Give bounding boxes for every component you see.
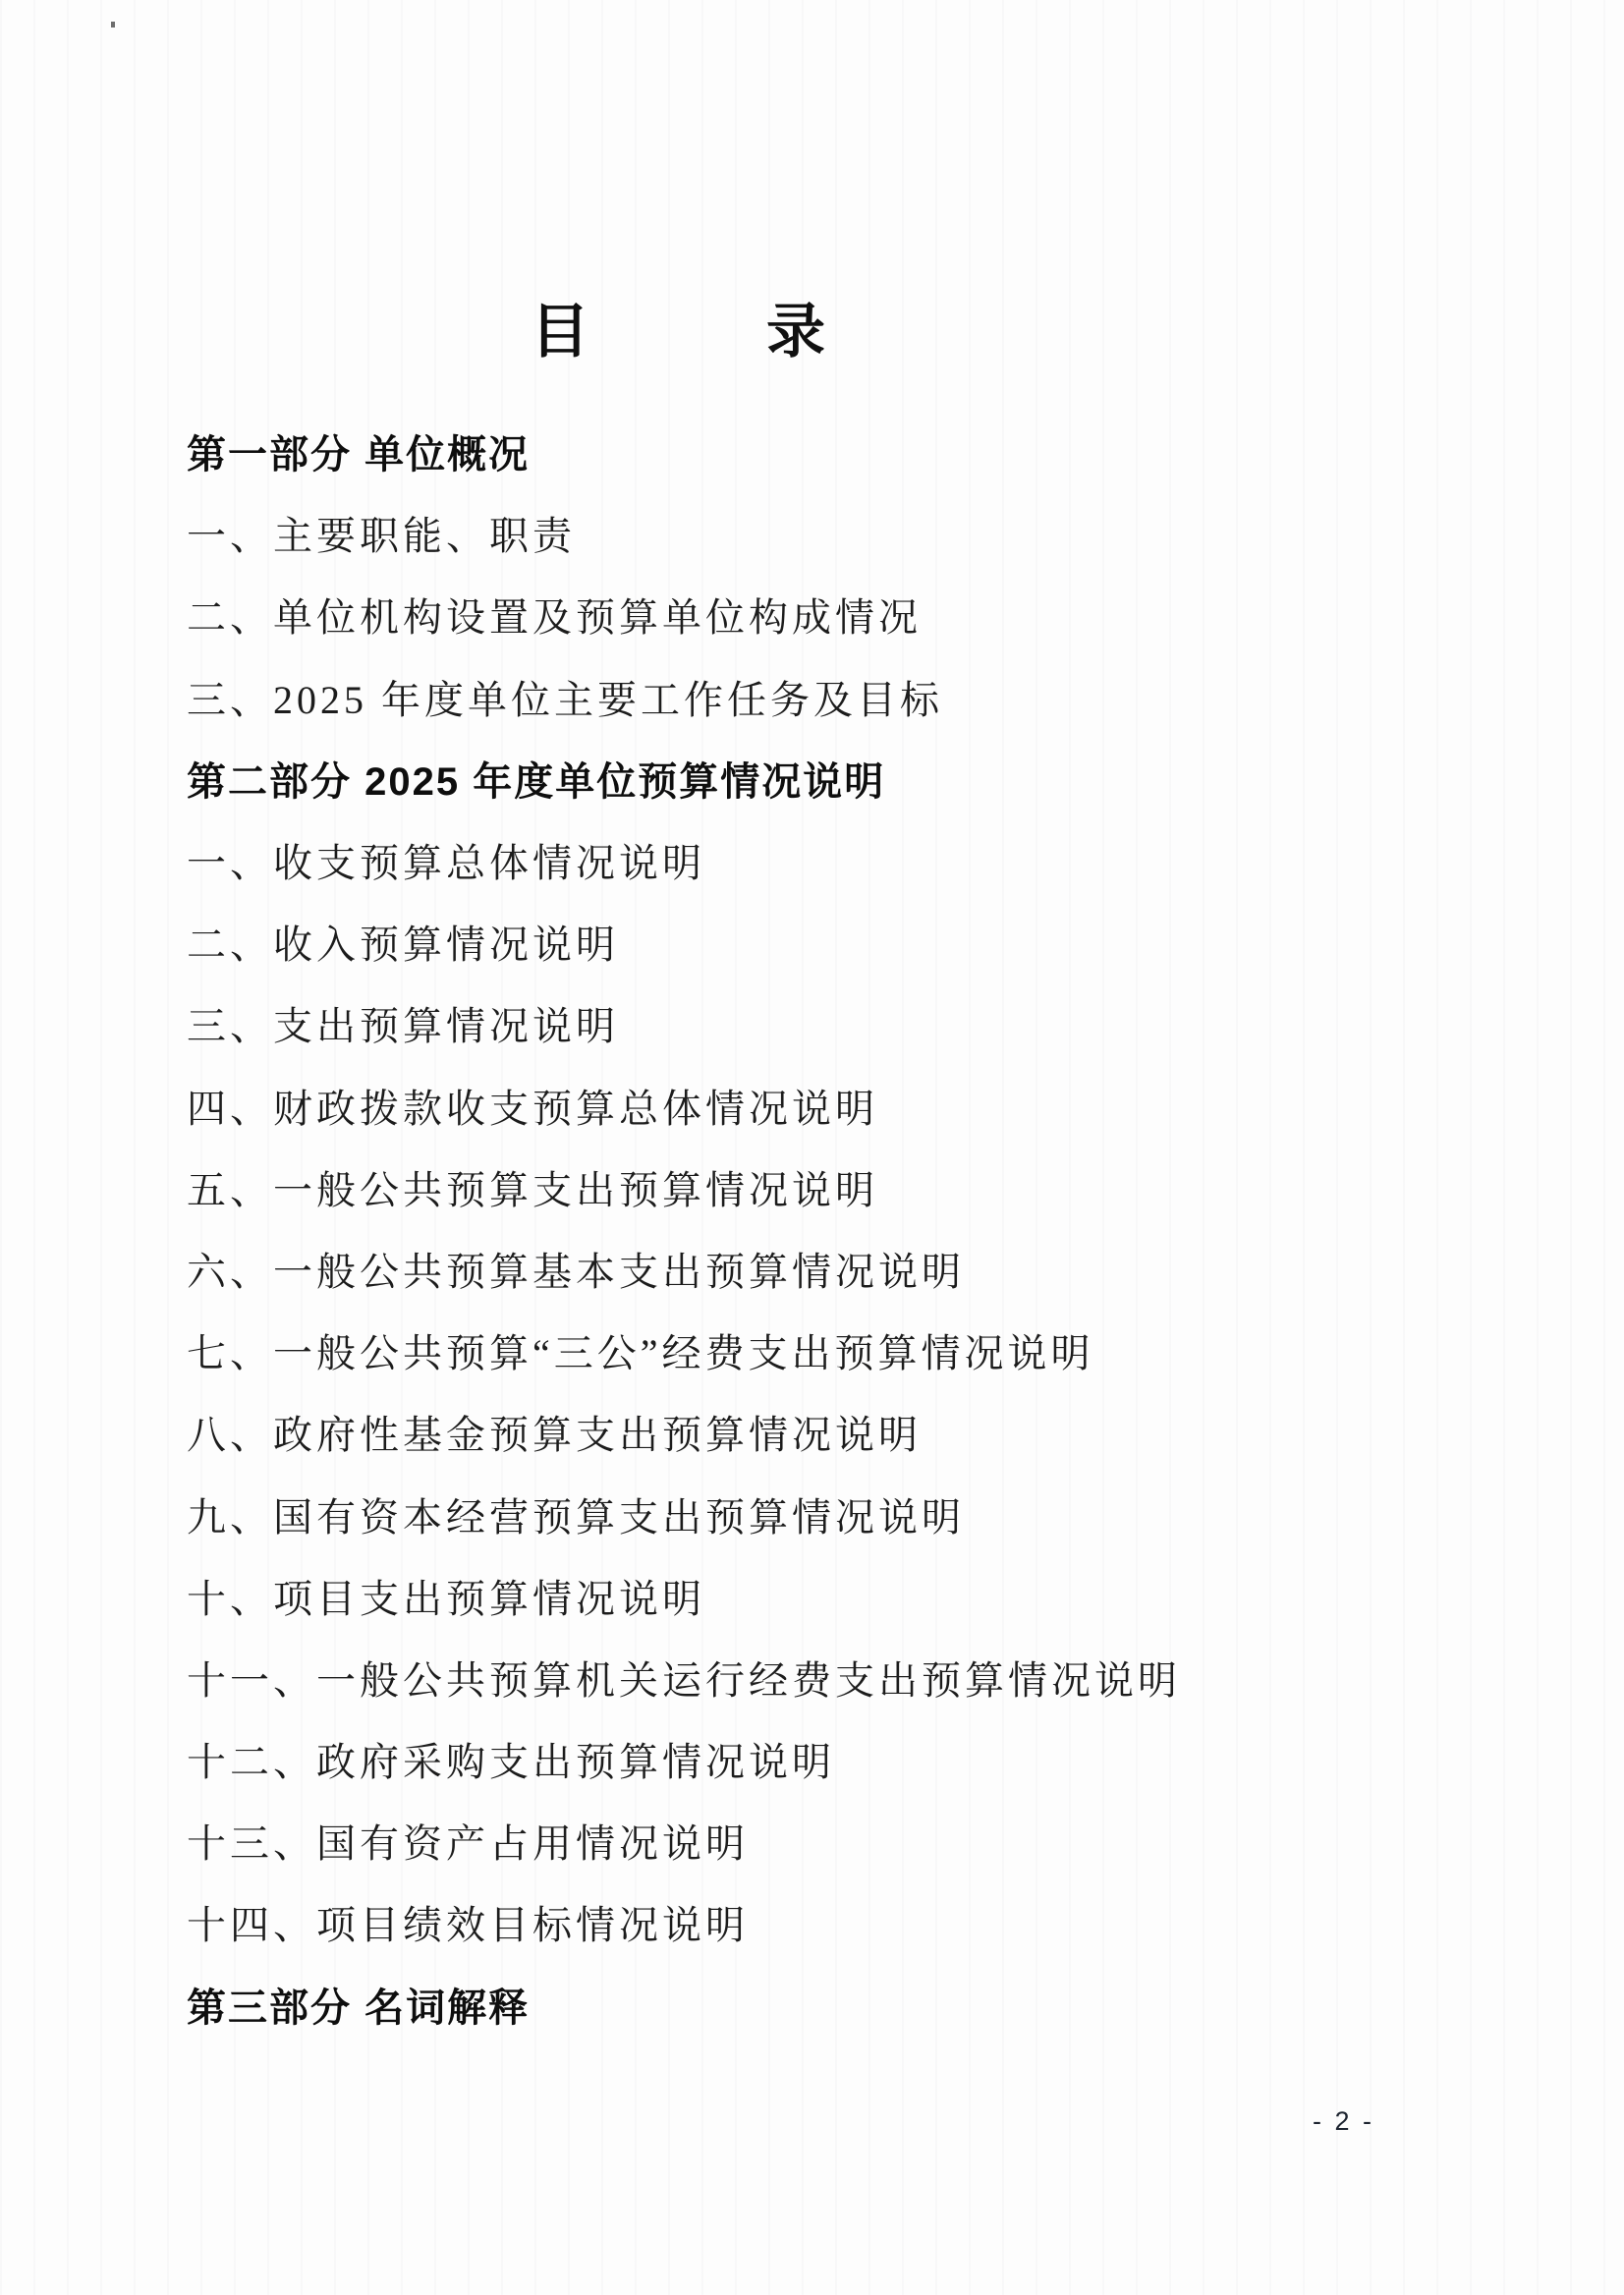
toc-row: 二、单位机构设置及预算单位构成情况 — [187, 574, 1545, 655]
toc-section-heading: 第一部分 单位概况 — [187, 423, 530, 479]
toc-row: 七、一般公共预算“三公”经费支出预算情况说明 — [187, 1310, 1545, 1391]
toc-row: 第二部分 2025 年度单位预算情况说明 — [187, 738, 1545, 819]
toc-item: 十、项目支出预算情况说明 — [187, 1568, 705, 1624]
toc-item: 十一、一般公共预算机关运行经费支出预算情况说明 — [187, 1650, 1181, 1706]
toc-row: 八、政府性基金预算支出预算情况说明 — [187, 1391, 1545, 1473]
toc-row: 五、一般公共预算支出预算情况说明 — [187, 1147, 1545, 1228]
toc-item: 十二、政府采购支出预算情况说明 — [187, 1731, 835, 1787]
toc-row: 十三、国有资产占用情况说明 — [187, 1800, 1545, 1881]
toc-row: 一、收支预算总体情况说明 — [187, 819, 1545, 901]
toc-item: 十三、国有资产占用情况说明 — [187, 1813, 749, 1869]
toc-item: 一、主要职能、职责 — [187, 505, 576, 561]
toc-item: 四、财政拨款收支预算总体情况说明 — [187, 1078, 878, 1134]
toc-item: 三、2025 年度单位主要工作任务及目标 — [187, 669, 943, 725]
toc-list: 第一部分 单位概况一、主要职能、职责二、单位机构设置及预算单位构成情况三、202… — [187, 411, 1545, 2045]
toc-row: 一、主要职能、职责 — [187, 492, 1545, 574]
toc-section-heading: 第三部分 名词解释 — [187, 1977, 530, 2033]
document-page: 目 录 第一部分 单位概况一、主要职能、职责二、单位机构设置及预算单位构成情况三… — [0, 0, 1624, 2295]
page-title: 目 录 — [0, 291, 1356, 373]
toc-row: 二、收入预算情况说明 — [187, 901, 1545, 982]
toc-row: 三、2025 年度单位主要工作任务及目标 — [187, 656, 1545, 738]
toc-row: 十一、一般公共预算机关运行经费支出预算情况说明 — [187, 1637, 1545, 1718]
toc-section-heading: 第二部分 2025 年度单位预算情况说明 — [187, 751, 885, 807]
toc-item: 九、国有资本经营预算支出预算情况说明 — [187, 1486, 965, 1542]
toc-item: 三、支出预算情况说明 — [187, 995, 619, 1051]
page-number: - 2 - — [1313, 2106, 1374, 2137]
toc-row: 九、国有资本经营预算支出预算情况说明 — [187, 1473, 1545, 1554]
toc-item: 八、政府性基金预算支出预算情况说明 — [187, 1404, 922, 1460]
toc-item: 二、收入预算情况说明 — [187, 914, 619, 970]
scan-artifact-speck — [111, 22, 115, 28]
toc-item: 一、收支预算总体情况说明 — [187, 832, 705, 888]
toc-row: 十二、政府采购支出预算情况说明 — [187, 1718, 1545, 1800]
toc-row: 十四、项目绩效目标情况说明 — [187, 1881, 1545, 1963]
toc-item: 六、一般公共预算基本支出预算情况说明 — [187, 1241, 965, 1297]
toc-row: 三、支出预算情况说明 — [187, 982, 1545, 1064]
toc-item: 七、一般公共预算“三公”经费支出预算情况说明 — [187, 1322, 1094, 1378]
toc-row: 第三部分 名词解释 — [187, 1964, 1545, 2045]
toc-row: 六、一般公共预算基本支出预算情况说明 — [187, 1228, 1545, 1310]
toc-row: 十、项目支出预算情况说明 — [187, 1555, 1545, 1637]
toc-item: 二、单位机构设置及预算单位构成情况 — [187, 587, 922, 643]
toc-row: 四、财政拨款收支预算总体情况说明 — [187, 1065, 1545, 1147]
toc-item: 五、一般公共预算支出预算情况说明 — [187, 1159, 878, 1215]
toc-item: 十四、项目绩效目标情况说明 — [187, 1894, 749, 1950]
toc-row: 第一部分 单位概况 — [187, 411, 1545, 492]
